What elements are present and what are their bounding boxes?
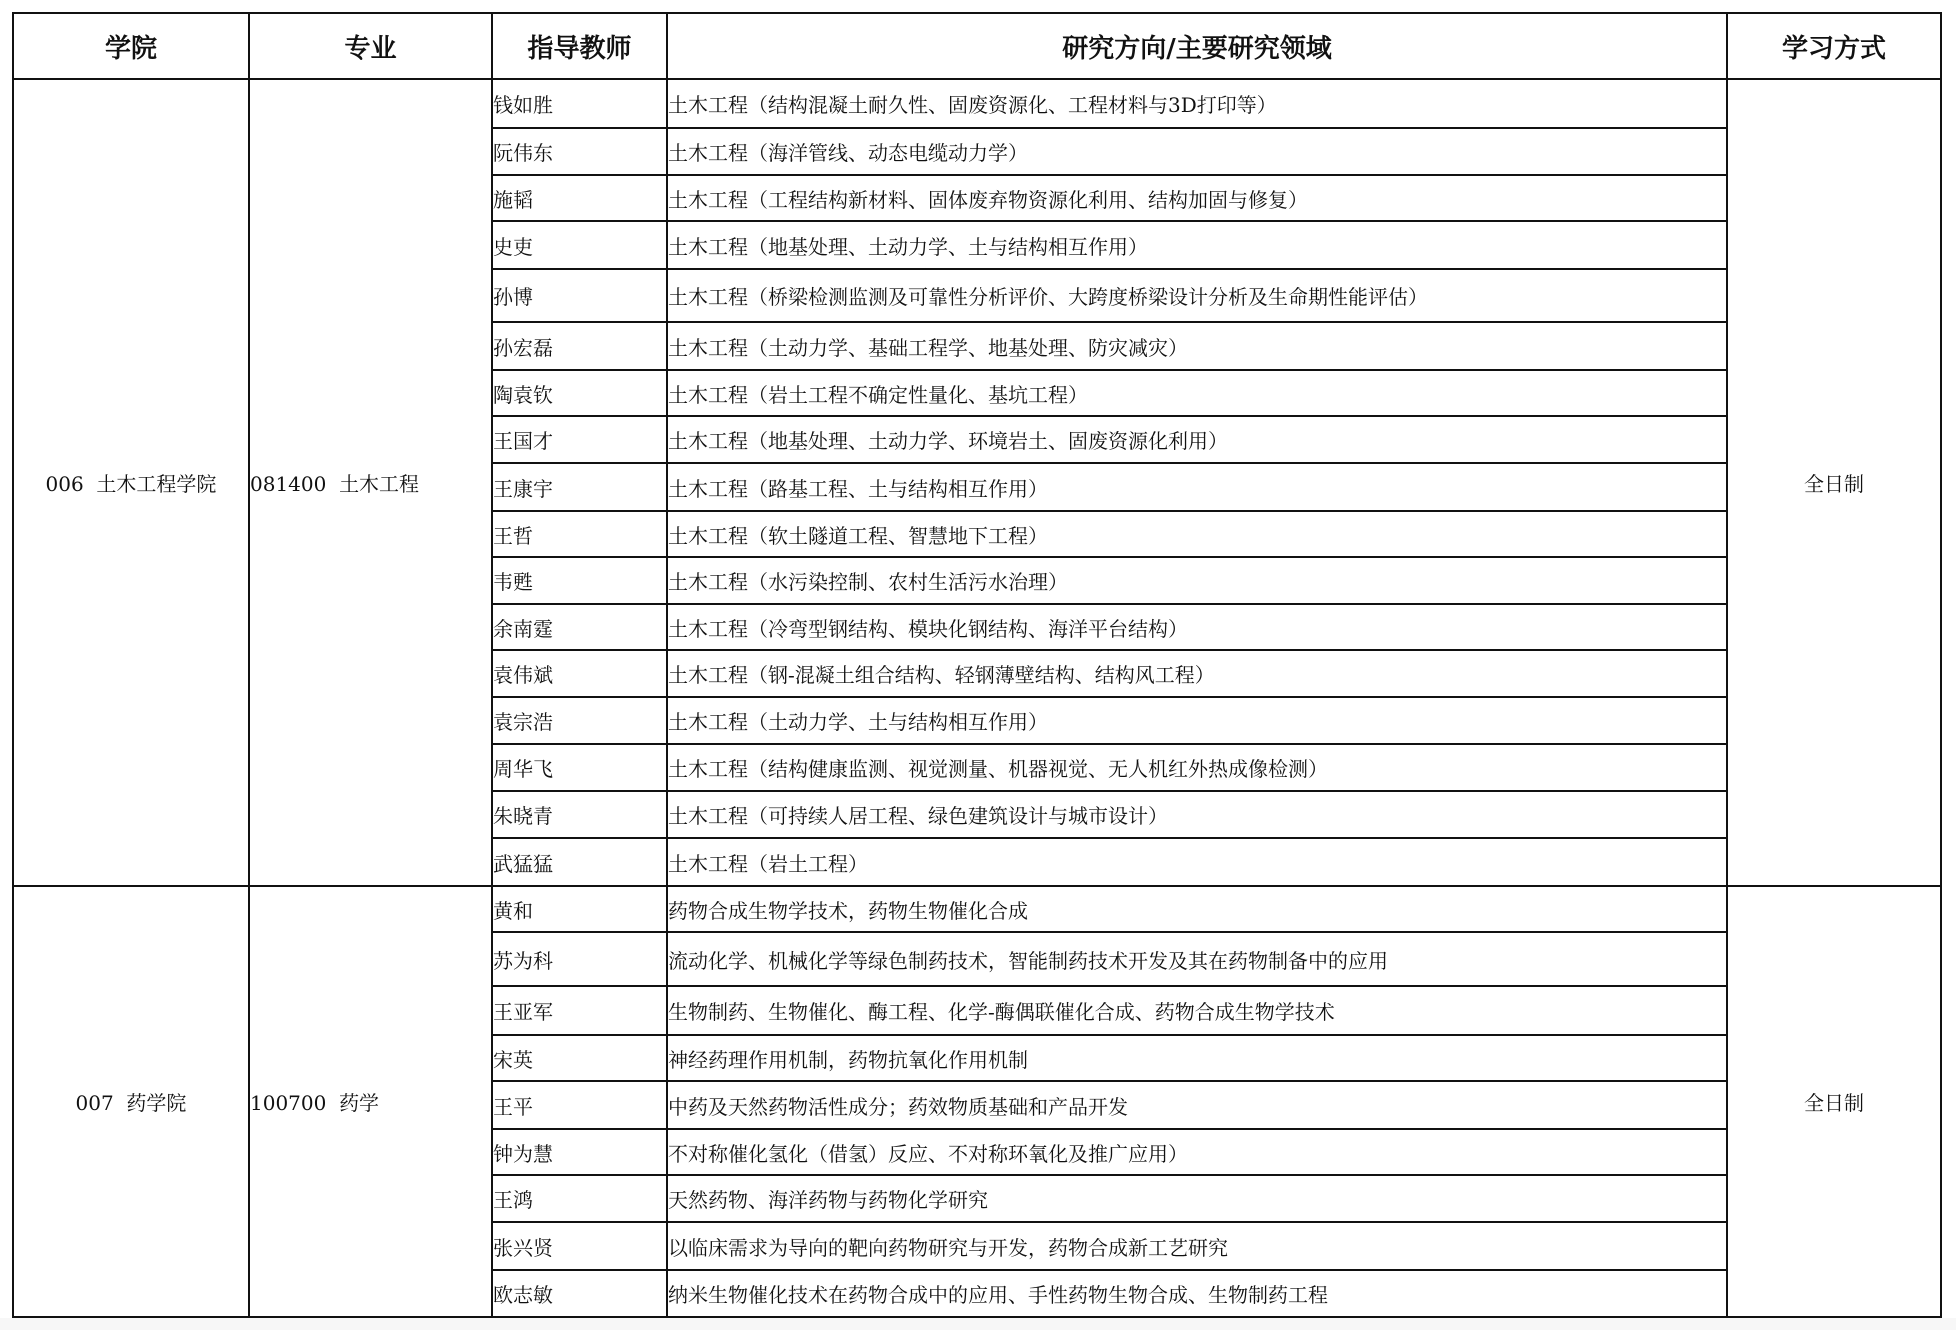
teacher-cell: 张兴贤 (492, 1222, 667, 1270)
header-study-mode: 学习方式 (1727, 13, 1941, 79)
study-mode-cell: 全日制 (1727, 79, 1941, 886)
table-row: 006 土木工程学院081400 土木工程钱如胜土木工程（结构混凝土耐久性、固废… (13, 79, 1941, 128)
teacher-cell: 钱如胜 (492, 79, 667, 128)
teacher-cell: 施韬 (492, 175, 667, 221)
research-direction-cell: 不对称催化氢化（借氢）反应、不对称环氧化及推广应用） (667, 1129, 1727, 1175)
teacher-cell: 王平 (492, 1081, 667, 1129)
research-direction-cell: 土木工程（岩土工程） (667, 838, 1727, 886)
teacher-cell: 欧志敏 (492, 1270, 667, 1317)
teacher-cell: 余南霆 (492, 604, 667, 650)
teacher-cell: 周华飞 (492, 744, 667, 791)
research-direction-cell: 土木工程（土动力学、土与结构相互作用） (667, 697, 1727, 744)
research-direction-cell: 神经药理作用机制，药物抗氧化作用机制 (667, 1035, 1727, 1081)
research-direction-cell: 土木工程（桥梁检测监测及可靠性分析评价、大跨度桥梁设计分析及生命期性能评估） (667, 269, 1727, 322)
supervisor-table: 学院 专业 指导教师 研究方向/主要研究领域 学习方式 006 土木工程学院08… (12, 12, 1942, 1318)
teacher-cell: 王亚军 (492, 986, 667, 1035)
teacher-cell: 朱晓青 (492, 791, 667, 838)
teacher-cell: 陶袁钦 (492, 370, 667, 416)
college-cell: 007 药学院 (13, 886, 249, 1317)
research-direction-cell: 土木工程（冷弯型钢结构、模块化钢结构、海洋平台结构） (667, 604, 1727, 650)
research-direction-cell: 土木工程（钢-混凝土组合结构、轻钢薄壁结构、结构风工程） (667, 650, 1727, 697)
teacher-cell: 钟为慧 (492, 1129, 667, 1175)
teacher-cell: 孙博 (492, 269, 667, 322)
header-row: 学院 专业 指导教师 研究方向/主要研究领域 学习方式 (13, 13, 1941, 79)
research-direction-cell: 药物合成生物学技术，药物生物催化合成 (667, 886, 1727, 932)
research-direction-cell: 天然药物、海洋药物与药物化学研究 (667, 1175, 1727, 1222)
research-direction-cell: 土木工程（海洋管线、动态电缆动力学） (667, 128, 1727, 175)
header-major: 专业 (249, 13, 492, 79)
teacher-cell: 史吏 (492, 221, 667, 269)
teacher-cell: 王康宇 (492, 463, 667, 511)
research-direction-cell: 土木工程（土动力学、基础工程学、地基处理、防灾减灾） (667, 322, 1727, 370)
research-direction-cell: 土木工程（可持续人居工程、绿色建筑设计与城市设计） (667, 791, 1727, 838)
teacher-cell: 武猛猛 (492, 838, 667, 886)
research-direction-cell: 土木工程（结构健康监测、视觉测量、机器视觉、无人机红外热成像检测） (667, 744, 1727, 791)
teacher-cell: 王鸿 (492, 1175, 667, 1222)
major-cell: 081400 土木工程 (249, 79, 492, 886)
research-direction-cell: 土木工程（地基处理、土动力学、环境岩土、固废资源化利用） (667, 416, 1727, 463)
teacher-cell: 孙宏磊 (492, 322, 667, 370)
college-cell: 006 土木工程学院 (13, 79, 249, 886)
research-direction-cell: 中药及天然药物活性成分；药效物质基础和产品开发 (667, 1081, 1727, 1129)
study-mode-cell: 全日制 (1727, 886, 1941, 1317)
research-direction-cell: 流动化学、机械化学等绿色制药技术，智能制药技术开发及其在药物制备中的应用 (667, 932, 1727, 986)
research-direction-cell: 生物制药、生物催化、酶工程、化学-酶偶联催化合成、药物合成生物学技术 (667, 986, 1727, 1035)
research-direction-cell: 土木工程（工程结构新材料、固体废弃物资源化利用、结构加固与修复） (667, 175, 1727, 221)
teacher-cell: 苏为科 (492, 932, 667, 986)
teacher-cell: 黄和 (492, 886, 667, 932)
research-direction-cell: 土木工程（水污染控制、农村生活污水治理） (667, 557, 1727, 604)
teacher-cell: 阮伟东 (492, 128, 667, 175)
header-college: 学院 (13, 13, 249, 79)
page-bottom-band (0, 1318, 1956, 1330)
research-direction-cell: 土木工程（岩土工程不确定性量化、基坑工程） (667, 370, 1727, 416)
research-direction-cell: 土木工程（软土隧道工程、智慧地下工程） (667, 511, 1727, 557)
research-direction-cell: 以临床需求为导向的靶向药物研究与开发，药物合成新工艺研究 (667, 1222, 1727, 1270)
research-direction-cell: 纳米生物催化技术在药物合成中的应用、手性药物生物合成、生物制药工程 (667, 1270, 1727, 1317)
teacher-cell: 宋英 (492, 1035, 667, 1081)
research-direction-cell: 土木工程（结构混凝土耐久性、固废资源化、工程材料与3D打印等） (667, 79, 1727, 128)
header-direction: 研究方向/主要研究领域 (667, 13, 1727, 79)
teacher-cell: 韦甦 (492, 557, 667, 604)
table-row: 007 药学院100700 药学黄和药物合成生物学技术，药物生物催化合成全日制 (13, 886, 1941, 932)
research-direction-cell: 土木工程（地基处理、土动力学、土与结构相互作用） (667, 221, 1727, 269)
teacher-cell: 袁宗浩 (492, 697, 667, 744)
header-teacher: 指导教师 (492, 13, 667, 79)
teacher-cell: 袁伟斌 (492, 650, 667, 697)
major-cell: 100700 药学 (249, 886, 492, 1317)
teacher-cell: 王哲 (492, 511, 667, 557)
research-direction-cell: 土木工程（路基工程、土与结构相互作用） (667, 463, 1727, 511)
teacher-cell: 王国才 (492, 416, 667, 463)
